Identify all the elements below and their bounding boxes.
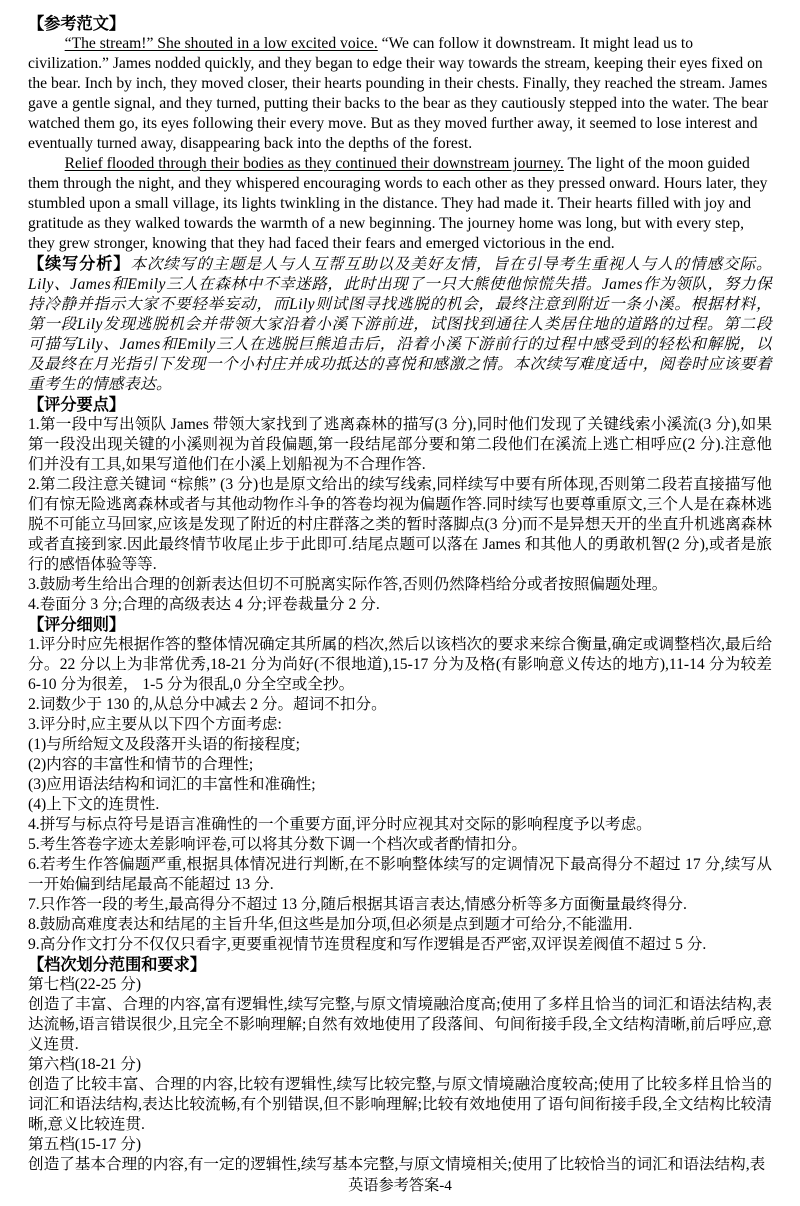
scoring-point-item: 4.卷面分 3 分;合理的高级表达 4 分;评卷裁量分 2 分. xyxy=(28,595,772,615)
document-page: 【参考范文】 “The stream!” She shouted in a lo… xyxy=(0,0,800,1206)
scoring-point-item: 1.第一段中写出领队 James 带领大家找到了逃离森林的描写(3 分),同时他… xyxy=(28,415,772,475)
analysis-paragraph: 【续写分析】本次续写的主题是人与人互帮互助以及美好友情，旨在引导考生重视人与人的… xyxy=(28,254,772,395)
scoring-rule-item: 8.鼓励高难度表达和结尾的主旨升华,但这些是加分项,但必须是点到题才可给分,不能… xyxy=(28,915,772,935)
reference-essay-paragraph-1: “The stream!” She shouted in a low excit… xyxy=(28,34,772,154)
grade-band-title: 第七档(22-25 分) xyxy=(28,975,772,995)
section-heading-grade-bands: 【档次划分范围和要求】 xyxy=(28,955,772,975)
scoring-point-item: 2.第二段注意关键词 “棕熊” (3 分)也是原文给出的续写线索,同样续写中要有… xyxy=(28,475,772,575)
section-heading-reference-essay: 【参考范文】 xyxy=(28,14,772,34)
scoring-rule-item: 1.评分时应先根据作答的整体情况确定其所属的档次,然后以该档次的要求来综合衡量,… xyxy=(28,635,772,695)
grade-band-description: 创造了比较丰富、合理的内容,比较有逻辑性,续写比较完整,与原文情境融洽度较高;使… xyxy=(28,1075,772,1135)
grade-band-description: 创造了基本合理的内容,有一定的逻辑性,续写基本完整,与原文情境相关;使用了比较恰… xyxy=(28,1155,772,1175)
scoring-point-item: 3.鼓励考生给出合理的创新表达但切不可脱离实际作答,否则仍然降档给分或者按照偏题… xyxy=(28,575,772,595)
grade-band-description: 创造了丰富、合理的内容,富有逻辑性,续写完整,与原文情境融洽度高;使用了多样且恰… xyxy=(28,995,772,1055)
scoring-rule-item: 6.若考生作答偏题严重,根据具体情况进行判断,在不影响整体续写的定调情况下最高得… xyxy=(28,855,772,895)
section-heading-scoring-points: 【评分要点】 xyxy=(28,395,772,415)
grade-band-title: 第五档(15-17 分) xyxy=(28,1135,772,1155)
scoring-rule-item: 7.只作答一段的考生,最高得分不超过 13 分,随后根据其语言表达,情感分析等多… xyxy=(28,895,772,915)
scoring-rule-subitem: (1)与所给短文及段落开头语的衔接程度; xyxy=(28,735,772,755)
scoring-rule-item: 4.拼写与标点符号是语言准确性的一个重要方面,评分时应视其对交际的影响程度予以考… xyxy=(28,815,772,835)
scoring-rule-subitem: (4)上下文的连贯性. xyxy=(28,795,772,815)
section-heading-analysis: 【续写分析】 xyxy=(28,255,130,273)
grade-band-title: 第六档(18-21 分) xyxy=(28,1055,772,1075)
scoring-rule-item: 5.考生答卷字迹太差影响评卷,可以将其分数下调一个档次或者酌情扣分。 xyxy=(28,835,772,855)
scoring-rule-item: 3.评分时,应主要从以下四个方面考虑: xyxy=(28,715,772,735)
scoring-rule-subitem: (2)内容的丰富性和情节的合理性; xyxy=(28,755,772,775)
section-heading-scoring-rules: 【评分细则】 xyxy=(28,615,772,635)
underlined-sentence-1: “The stream!” She shouted in a low excit… xyxy=(65,35,378,52)
scoring-rule-item: 9.高分作文打分不仅仅只看字,更要重视情节连贯程度和写作逻辑是否严密,双评误差阀… xyxy=(28,935,772,955)
reference-essay-paragraph-2: Relief flooded through their bodies as t… xyxy=(28,154,772,254)
scoring-rule-item: 2.词数少于 130 的,从总分中减去 2 分。超词不扣分。 xyxy=(28,695,772,715)
page-footer: 英语参考答案-4 xyxy=(28,1176,772,1196)
analysis-body-text: 本次续写的主题是人与人互帮互助以及美好友情，旨在引导考生重视人与人的情感交际。L… xyxy=(28,256,772,393)
scoring-rule-subitem: (3)应用语法结构和词汇的丰富性和准确性; xyxy=(28,775,772,795)
underlined-sentence-2: Relief flooded through their bodies as t… xyxy=(65,155,564,172)
reference-essay-paragraph-1-text: “We can follow it downstream. It might l… xyxy=(28,35,768,152)
